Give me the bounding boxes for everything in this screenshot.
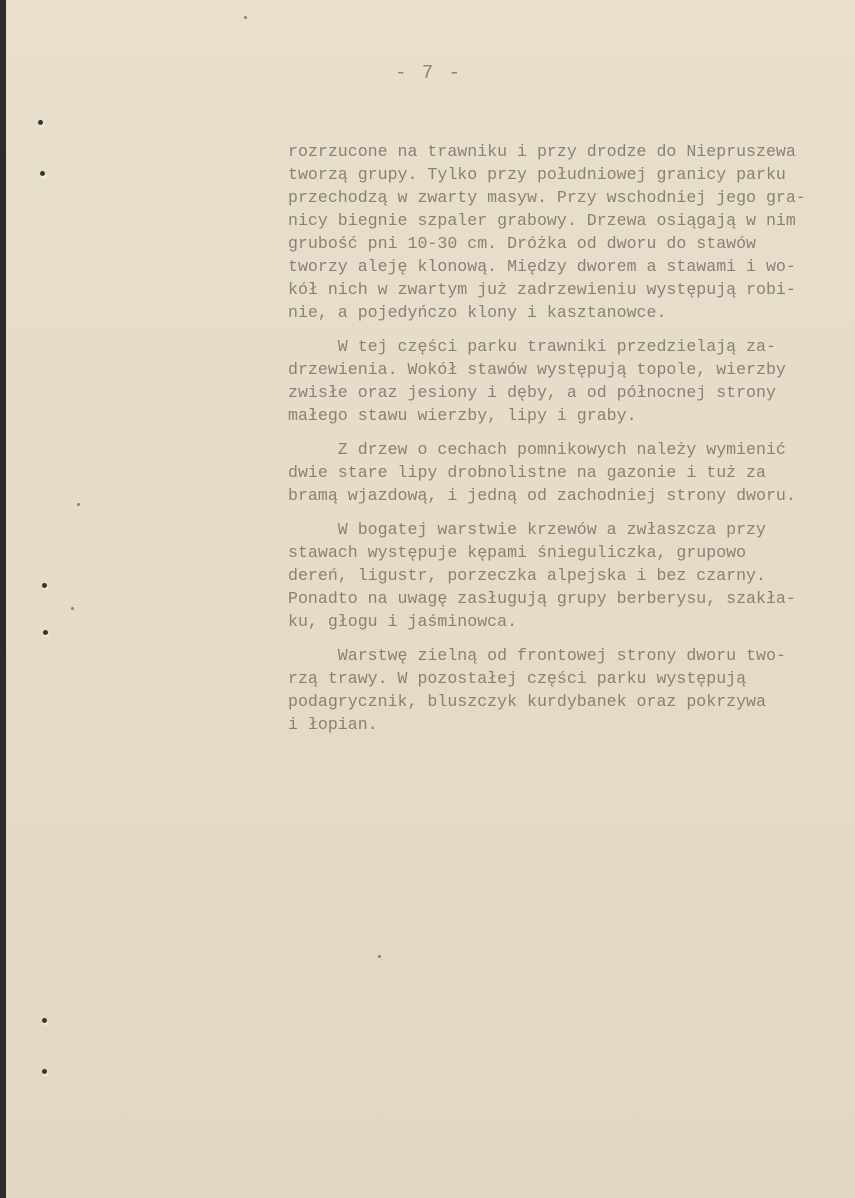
- text-line: małego stawu wierzby, lipy i graby.: [288, 404, 848, 427]
- text-line: rozrzucone na trawniku i przy drodze do …: [288, 140, 848, 163]
- text-line: ku, głogu i jaśminowca.: [288, 610, 848, 633]
- text-line: dereń, ligustr, porzeczka alpejska i bez…: [288, 564, 848, 587]
- text-line: W tej części parku trawniki przedzielają…: [288, 335, 848, 358]
- text-line: grubość pni 10-30 cm. Dróżka od dworu do…: [288, 232, 848, 255]
- text-line: kół nich w zwartym już zadrzewieniu wyst…: [288, 278, 848, 301]
- text-line: drzewienia. Wokół stawów występują topol…: [288, 358, 848, 381]
- text-line: rzą trawy. W pozostałej części parku wys…: [288, 667, 848, 690]
- paper-speck: [71, 607, 74, 610]
- body-text: rozrzucone na trawniku i przy drodze do …: [288, 140, 848, 747]
- paragraph: Z drzew o cechach pomnikowych należy wym…: [288, 438, 848, 507]
- text-line: nicy biegnie szpaler grabowy. Drzewa osi…: [288, 209, 848, 232]
- paper-speck: [77, 503, 80, 506]
- paragraph: Warstwę zielną od frontowej strony dworu…: [288, 644, 848, 736]
- paper-speck: [244, 16, 247, 19]
- punch-hole-mark: [38, 120, 43, 125]
- punch-hole-mark: [42, 583, 47, 588]
- paragraph: W tej części parku trawniki przedzielają…: [288, 335, 848, 427]
- paragraph: rozrzucone na trawniku i przy drodze do …: [288, 140, 848, 324]
- text-line: przechodzą w zwarty masyw. Przy wschodni…: [288, 186, 848, 209]
- punch-hole-mark: [42, 1069, 47, 1074]
- text-line: i łopian.: [288, 713, 848, 736]
- scanned-page: - 7 - rozrzucone na trawniku i przy drod…: [0, 0, 855, 1198]
- text-line: zwisłe oraz jesiony i dęby, a od północn…: [288, 381, 848, 404]
- punch-hole-mark: [43, 630, 48, 635]
- punch-hole-mark: [40, 171, 45, 176]
- punch-hole-mark: [42, 1018, 47, 1023]
- paragraph: W bogatej warstwie krzewów a zwłaszcza p…: [288, 518, 848, 633]
- scan-edge-strip: [0, 0, 6, 1198]
- text-line: bramą wjazdową, i jedną od zachodniej st…: [288, 484, 848, 507]
- paper-speck: [378, 955, 381, 958]
- text-line: tworzą grupy. Tylko przy południowej gra…: [288, 163, 848, 186]
- text-line: Ponadto na uwagę zasługują grupy berbery…: [288, 587, 848, 610]
- text-line: nie, a pojedyńczo klony i kasztanowce.: [288, 301, 848, 324]
- text-line: podagrycznik, bluszczyk kurdybanek oraz …: [288, 690, 848, 713]
- text-line: Warstwę zielną od frontowej strony dworu…: [288, 644, 848, 667]
- text-line: stawach występuje kępami śnieguliczka, g…: [288, 541, 848, 564]
- text-line: dwie stare lipy drobnolistne na gazonie …: [288, 461, 848, 484]
- text-line: tworzy aleję klonową. Między dworem a st…: [288, 255, 848, 278]
- text-line: W bogatej warstwie krzewów a zwłaszcza p…: [288, 518, 848, 541]
- text-line: Z drzew o cechach pomnikowych należy wym…: [288, 438, 848, 461]
- page-number: - 7 -: [395, 62, 462, 84]
